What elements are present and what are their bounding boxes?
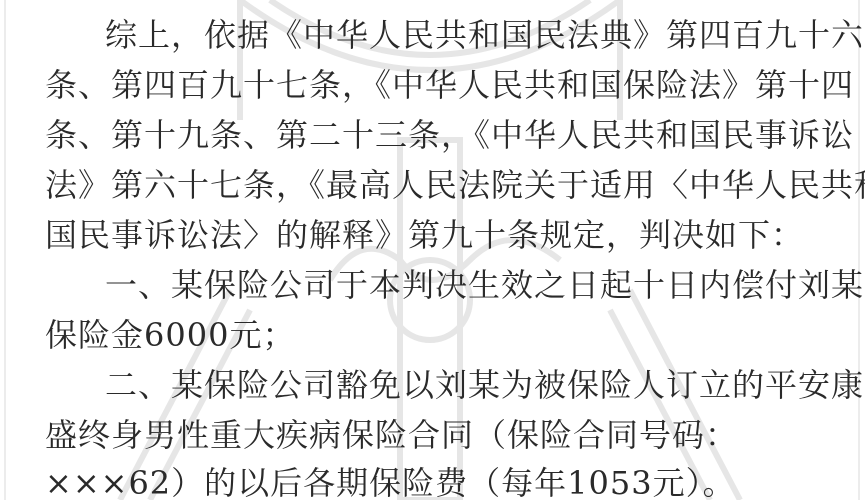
judgment-item-line: 保险金6000元；	[45, 315, 295, 355]
paragraph-line: 国民事诉讼法〉的解释》第九十条规定，判决如下：	[45, 215, 804, 255]
judgment-item-line: ×××62）的以后各期保险费（每年1053元）。	[45, 463, 736, 500]
judgment-item-line: 盛终身男性重大疾病保险合同（保险合同号码：	[45, 415, 738, 455]
judgment-item-line: 一、某保险公司于本判决生效之日起十日内偿付刘某	[105, 265, 864, 305]
paragraph-line: 综上，依据《中华人民共和国民法典》第四百九十六	[105, 15, 864, 55]
judgment-item-line: 二、某保险公司豁免以刘某为被保险人订立的平安康	[105, 365, 864, 405]
paragraph-line: 条、第四百九十七条，《中华人民共和国保险法》第十四	[45, 65, 854, 105]
page-edge-left	[4, 0, 6, 500]
page-edge-right	[858, 0, 860, 500]
paragraph-line: 条、第十九条、第二十三条，《中华人民共和国民事诉讼	[45, 115, 854, 155]
paragraph-line: 法》第六十七条，《最高人民法院关于适用〈中华人民共和	[45, 165, 865, 205]
